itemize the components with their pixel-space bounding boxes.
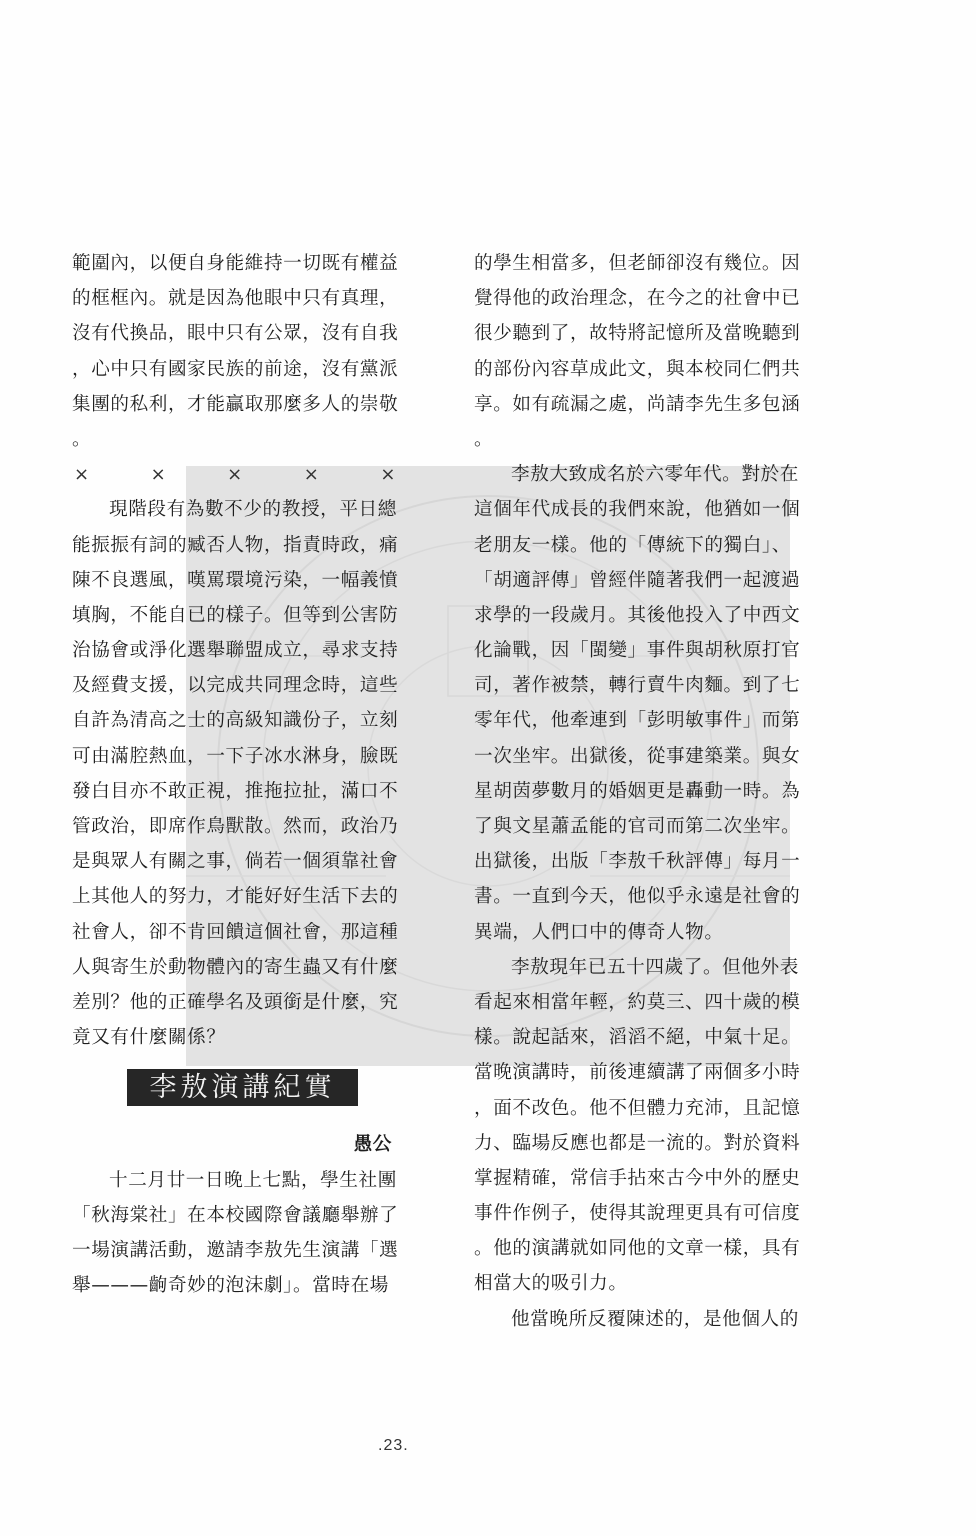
separator-mark: × xyxy=(304,457,320,492)
paragraph-event-continued: 的學生相當多，但老師卻沒有幾位。因 覺得他的政治理念，在今之的社會中已 很少聽到… xyxy=(474,246,804,457)
paragraph-speech-content: 他當晚所反覆陳述的，是他個人的 xyxy=(474,1302,804,1337)
text-line: 異端，人們口中的傳奇人物。 xyxy=(474,915,804,950)
text-line: 老朋友一樣。他的「傳統下的獨白」、 xyxy=(474,528,804,563)
text-line: 這個年代成長的我們來說，他猶如一個 xyxy=(474,492,804,527)
text-line: 十二月廿一日晚上七點，學生社團 xyxy=(72,1163,402,1198)
article-header: 李敖演講紀實 xyxy=(72,1055,402,1127)
text-line: 竟又有什麼關係？ xyxy=(72,1020,402,1055)
separator-mark: × xyxy=(227,457,243,492)
text-line: 是與眾人有關之事，倘若一個須靠社會 xyxy=(72,844,402,879)
text-line: 零年代，他牽連到「彭明敏事件」而第 xyxy=(474,703,804,738)
paragraph-appearance: 李敖現年已五十四歲了。但他外表 看起來相當年輕，約莫三、四十歲的模 樣。說起話來… xyxy=(474,950,804,1302)
text-line: ，面不改色。他不但體力充沛，且記憶 xyxy=(474,1091,804,1126)
text-line: 填胸，不能自已的樣子。但等到公害防 xyxy=(72,598,402,633)
separator-mark: × xyxy=(380,457,396,492)
text-line: 看起來相當年輕，約莫三、四十歲的模 xyxy=(474,985,804,1020)
text-line: 及經費支援，以完成共同理念時，這些 xyxy=(72,668,402,703)
text-line: 範圍內，以便自身能維持一切既有權益 xyxy=(72,246,402,281)
text-line: 事件作例子，使得其說理更具有可信度 xyxy=(474,1196,804,1231)
text-line: 的框框內。就是因為他眼中只有真理， xyxy=(72,281,402,316)
text-line: 當晚演講時，前後連續講了兩個多小時 xyxy=(474,1055,804,1090)
text-line: 人與寄生於動物體內的寄生蟲又有什麼 xyxy=(72,950,402,985)
text-line: 。 xyxy=(72,422,402,457)
text-line: 化論戰，因「閩變」事件與胡秋原打官 xyxy=(474,633,804,668)
text-line: 。 xyxy=(474,422,804,457)
text-line: 書。一直到今天，他似乎永遠是社會的 xyxy=(474,879,804,914)
text-line: 覺得他的政治理念，在今之的社會中已 xyxy=(474,281,804,316)
text-line: 掌握精確，常信手拈來古今中外的歷史 xyxy=(474,1161,804,1196)
text-line: 「胡適評傳」曾經伴隨著我們一起渡過 xyxy=(474,563,804,598)
text-line: 管政治，即席作鳥獸散。然而，政治乃 xyxy=(72,809,402,844)
text-line: 一場演講活動，邀請李敖先生演講「選 xyxy=(72,1233,402,1268)
text-line: 沒有代換品，眼中只有公眾，沒有自我 xyxy=(72,316,402,351)
text-line: 相當大的吸引力。 xyxy=(474,1266,804,1301)
article-title: 李敖演講紀實 xyxy=(127,1069,358,1106)
text-line: 舉———齣奇妙的泡沫劇」。當時在場 xyxy=(72,1268,402,1303)
paragraph-professors: 現階段有為數不少的教授，平日總 能振振有詞的臧否人物，指責時政，痛 陳不良選風，… xyxy=(72,492,402,1055)
text-line: 出獄後，出版「李敖千秋評傳」每月一 xyxy=(474,844,804,879)
text-line: 發白目亦不敢正視，推拖拉扯，滿口不 xyxy=(72,774,402,809)
text-line: 一次坐牢。出獄後，從事建築業。與女 xyxy=(474,739,804,774)
text-line: 李敖現年已五十四歲了。但他外表 xyxy=(474,950,804,985)
section-separator: × × × × × xyxy=(72,457,396,492)
text-line: 差別？他的正確學名及頭銜是什麼，究 xyxy=(72,985,402,1020)
text-line: 司，著作被禁，轉行賣牛肉麵。到了七 xyxy=(474,668,804,703)
text-line: 他當晚所反覆陳述的，是他個人的 xyxy=(474,1302,804,1337)
text-line: 求學的一段歲月。其後他投入了中西文 xyxy=(474,598,804,633)
text-line: 現階段有為數不少的教授，平日總 xyxy=(72,492,402,527)
text-line: ，心中只有國家民族的前途，沒有黨派 xyxy=(72,352,402,387)
text-line: 樣。說起話來，滔滔不絕，中氣十足。 xyxy=(474,1020,804,1055)
text-line: 的部份內容草成此文，與本校同仁們共 xyxy=(474,352,804,387)
right-column: 的學生相當多，但老師卻沒有幾位。因 覺得他的政治理念，在今之的社會中已 很少聽到… xyxy=(474,246,804,1337)
separator-mark: × xyxy=(151,457,167,492)
text-line: 自許為清高之士的高級知識份子，立刻 xyxy=(72,703,402,738)
text-line: 力、臨場反應也都是一流的。對於資料 xyxy=(474,1126,804,1161)
text-line: 李敖大致成名於六零年代。對於在 xyxy=(474,457,804,492)
text-line: 治協會或淨化選舉聯盟成立，尋求支持 xyxy=(72,633,402,668)
separator-mark: × xyxy=(74,457,90,492)
page-number: .23. xyxy=(378,1437,409,1455)
paragraph-event-intro: 十二月廿一日晚上七點，學生社團 「秋海棠社」在本校國際會議廳舉辦了 一場演講活動… xyxy=(72,1163,402,1304)
text-line: 的學生相當多，但老師卻沒有幾位。因 xyxy=(474,246,804,281)
paragraph-closing-previous: 範圍內，以便自身能維持一切既有權益 的框框內。就是因為他眼中只有真理， 沒有代換… xyxy=(72,246,402,457)
text-line: 上其他人的努力，才能好好生活下去的 xyxy=(72,879,402,914)
text-line: 集團的私利，才能贏取那麼多人的崇敬 xyxy=(72,387,402,422)
text-line: 能振振有詞的臧否人物，指責時政，痛 xyxy=(72,528,402,563)
text-line: 陳不良選風，嘆罵環境污染，一幅義憤 xyxy=(72,563,402,598)
text-line: 「秋海棠社」在本校國際會議廳舉辦了 xyxy=(72,1198,402,1233)
text-line: 。他的演講就如同他的文章一樣，具有 xyxy=(474,1231,804,1266)
paragraph-biography: 李敖大致成名於六零年代。對於在 這個年代成長的我們來說，他猶如一個 老朋友一樣。… xyxy=(474,457,804,950)
text-line: 可由滿腔熱血，一下子冰水淋身，臉既 xyxy=(72,739,402,774)
text-line: 很少聽到了，故特將記憶所及當晚聽到 xyxy=(474,316,804,351)
author-byline: 愚公 xyxy=(72,1127,402,1162)
left-column: 範圍內，以便自身能維持一切既有權益 的框框內。就是因為他眼中只有真理， 沒有代換… xyxy=(72,246,402,1303)
text-line: 星胡茵夢數月的婚姻更是轟動一時。為 xyxy=(474,774,804,809)
text-line: 社會人，卻不肯回饋這個社會，那這種 xyxy=(72,915,402,950)
text-line: 了與文星蕭孟能的官司而第二次坐牢。 xyxy=(474,809,804,844)
text-line: 享。如有疏漏之處，尚請李先生多包涵 xyxy=(474,387,804,422)
